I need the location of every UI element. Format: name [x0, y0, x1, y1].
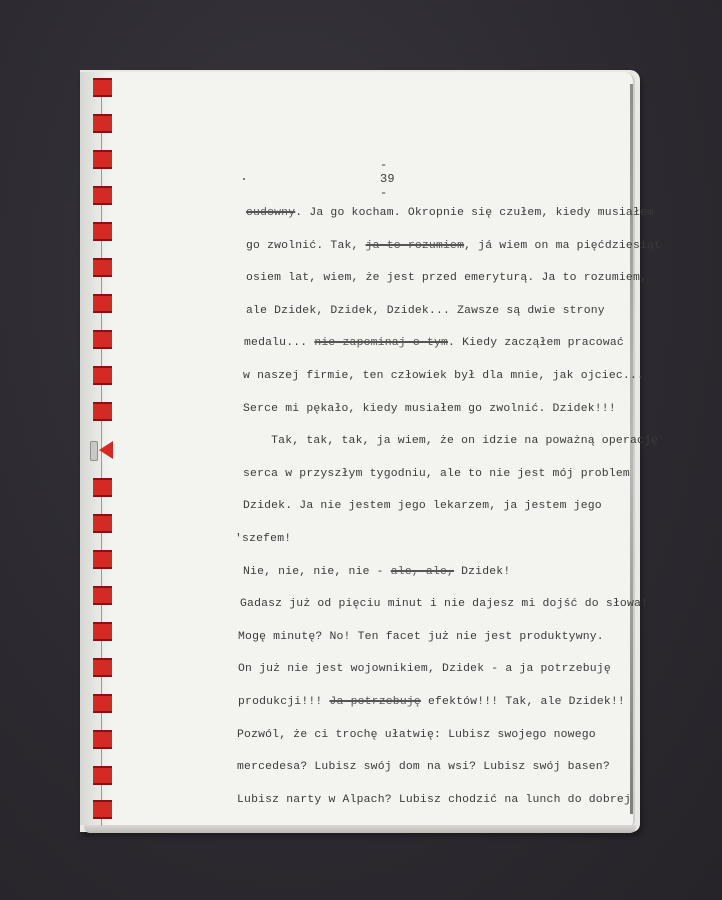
text-segment: ale Dzidek, Dzidek, Dzidek... Zawsze są …	[246, 305, 605, 317]
binding-ring	[93, 150, 112, 169]
binding-ring	[93, 658, 112, 677]
binding-ring	[93, 294, 112, 313]
text-segment: Dzidek!	[454, 566, 510, 578]
binding-ring	[93, 550, 112, 569]
struck-text: cudowny	[246, 207, 295, 219]
text-line: Mogę minutę? No! Ten facet już nie jest …	[238, 631, 604, 643]
text-line: Lubisz narty w Alpach? Lubisz chodzić na…	[237, 794, 631, 806]
text-segment: Lubisz narty w Alpach? Lubisz chodzić na…	[237, 794, 631, 806]
binding-ring	[93, 730, 112, 749]
binding-ring	[93, 330, 112, 349]
binding-ring	[93, 478, 112, 497]
text-segment: w naszej firmie, ten człowiek był dla mn…	[243, 370, 644, 382]
struck-text: ja to rozumiem	[366, 240, 465, 252]
text-segment: mercedesa? Lubisz swój dom na wsi? Lubis…	[237, 761, 610, 773]
text-segment: On już nie jest wojownikiem, Dzidek - a …	[238, 663, 611, 675]
text-segment: , já wiem on ma pięćdziesiąt	[464, 240, 661, 252]
text-line: ale Dzidek, Dzidek, Dzidek... Zawsze są …	[246, 305, 605, 317]
document-page	[80, 72, 635, 825]
binding-marker-tab	[90, 441, 98, 461]
text-segment: produkcji!!!	[238, 696, 329, 708]
text-line: medalu... nie zapominaj o tym. Kiedy zac…	[244, 337, 624, 349]
text-segment: Serce mi pękało, kiedy musiałem go zwoln…	[243, 403, 616, 415]
text-segment: efektów!!! Tak, ale Dzidek!!	[421, 696, 625, 708]
binding-marker-arrow-icon	[99, 441, 113, 459]
page-right-edge	[630, 84, 633, 814]
text-line: Dzidek. Ja nie jestem jego lekarzem, ja …	[243, 500, 602, 512]
binding-ring	[93, 402, 112, 421]
text-segment: . Ja go kocham. Okropnie się czułem, kie…	[295, 207, 654, 219]
text-line: osiem lat, wiem, że jest przed emeryturą…	[246, 272, 647, 284]
text-segment: Gadasz już od pięciu minut i nie dajesz …	[240, 598, 648, 610]
text-segment: Dzidek. Ja nie jestem jego lekarzem, ja …	[243, 500, 602, 512]
binding-ring	[93, 114, 112, 133]
text-segment: Pozwól, że ci trochę ułatwię: Lubisz swo…	[237, 729, 596, 741]
text-segment: go zwolnić. Tak,	[246, 240, 366, 252]
binding-ring	[93, 586, 112, 605]
binding-ring	[93, 800, 112, 819]
text-line: 'szefem!	[235, 533, 291, 545]
binding-ring	[93, 78, 112, 97]
text-segment: 'szefem!	[235, 533, 291, 545]
binding-ring	[93, 258, 112, 277]
text-line: go zwolnić. Tak, ja to rozumiem, já wiem…	[246, 240, 661, 252]
text-line: Pozwól, że ci trochę ułatwię: Lubisz swo…	[237, 729, 596, 741]
text-segment: medalu...	[244, 337, 314, 349]
text-segment: . Kiedy zacząłem pracować	[448, 337, 624, 349]
text-line: cudowny. Ja go kocham. Okropnie się czuł…	[246, 207, 654, 219]
struck-text: ale, ale,	[391, 566, 454, 578]
text-line: Gadasz już od pięciu minut i nie dajesz …	[240, 598, 648, 610]
binding-ring	[93, 694, 112, 713]
ink-speck	[243, 178, 245, 180]
binding-ring	[93, 366, 112, 385]
binding-ring	[93, 514, 112, 533]
text-line: Tak, tak, tak, ja wiem, że on idzie na p…	[243, 435, 658, 447]
text-segment: Tak, tak, tak, ja wiem, że on idzie na p…	[243, 435, 658, 447]
struck-text: nie zapominaj o tym	[314, 337, 448, 349]
page-stack-bottom-edge	[84, 825, 636, 833]
binding-ring	[93, 766, 112, 785]
text-line: w naszej firmie, ten człowiek był dla mn…	[243, 370, 644, 382]
struck-text: Ja potrzebuję	[329, 696, 420, 708]
binding-ring	[93, 186, 112, 205]
text-line: serca w przyszłym tygodniu, ale to nie j…	[243, 468, 630, 480]
binding-ring	[93, 222, 112, 241]
text-segment: serca w przyszłym tygodniu, ale to nie j…	[243, 468, 630, 480]
binding-ring	[93, 622, 112, 641]
text-line: Serce mi pękało, kiedy musiałem go zwoln…	[243, 403, 616, 415]
text-line: Nie, nie, nie, nie - ale, ale, Dzidek!	[243, 566, 510, 578]
page-number: - 39 -	[380, 158, 395, 200]
text-segment: Nie, nie, nie, nie -	[243, 566, 391, 578]
text-segment: Mogę minutę? No! Ten facet już nie jest …	[238, 631, 604, 643]
text-segment: osiem lat, wiem, że jest przed emeryturą…	[246, 272, 647, 284]
text-line: mercedesa? Lubisz swój dom na wsi? Lubis…	[237, 761, 610, 773]
text-line: On już nie jest wojownikiem, Dzidek - a …	[238, 663, 611, 675]
text-line: produkcji!!! Ja potrzebuję efektów!!! Ta…	[238, 696, 625, 708]
